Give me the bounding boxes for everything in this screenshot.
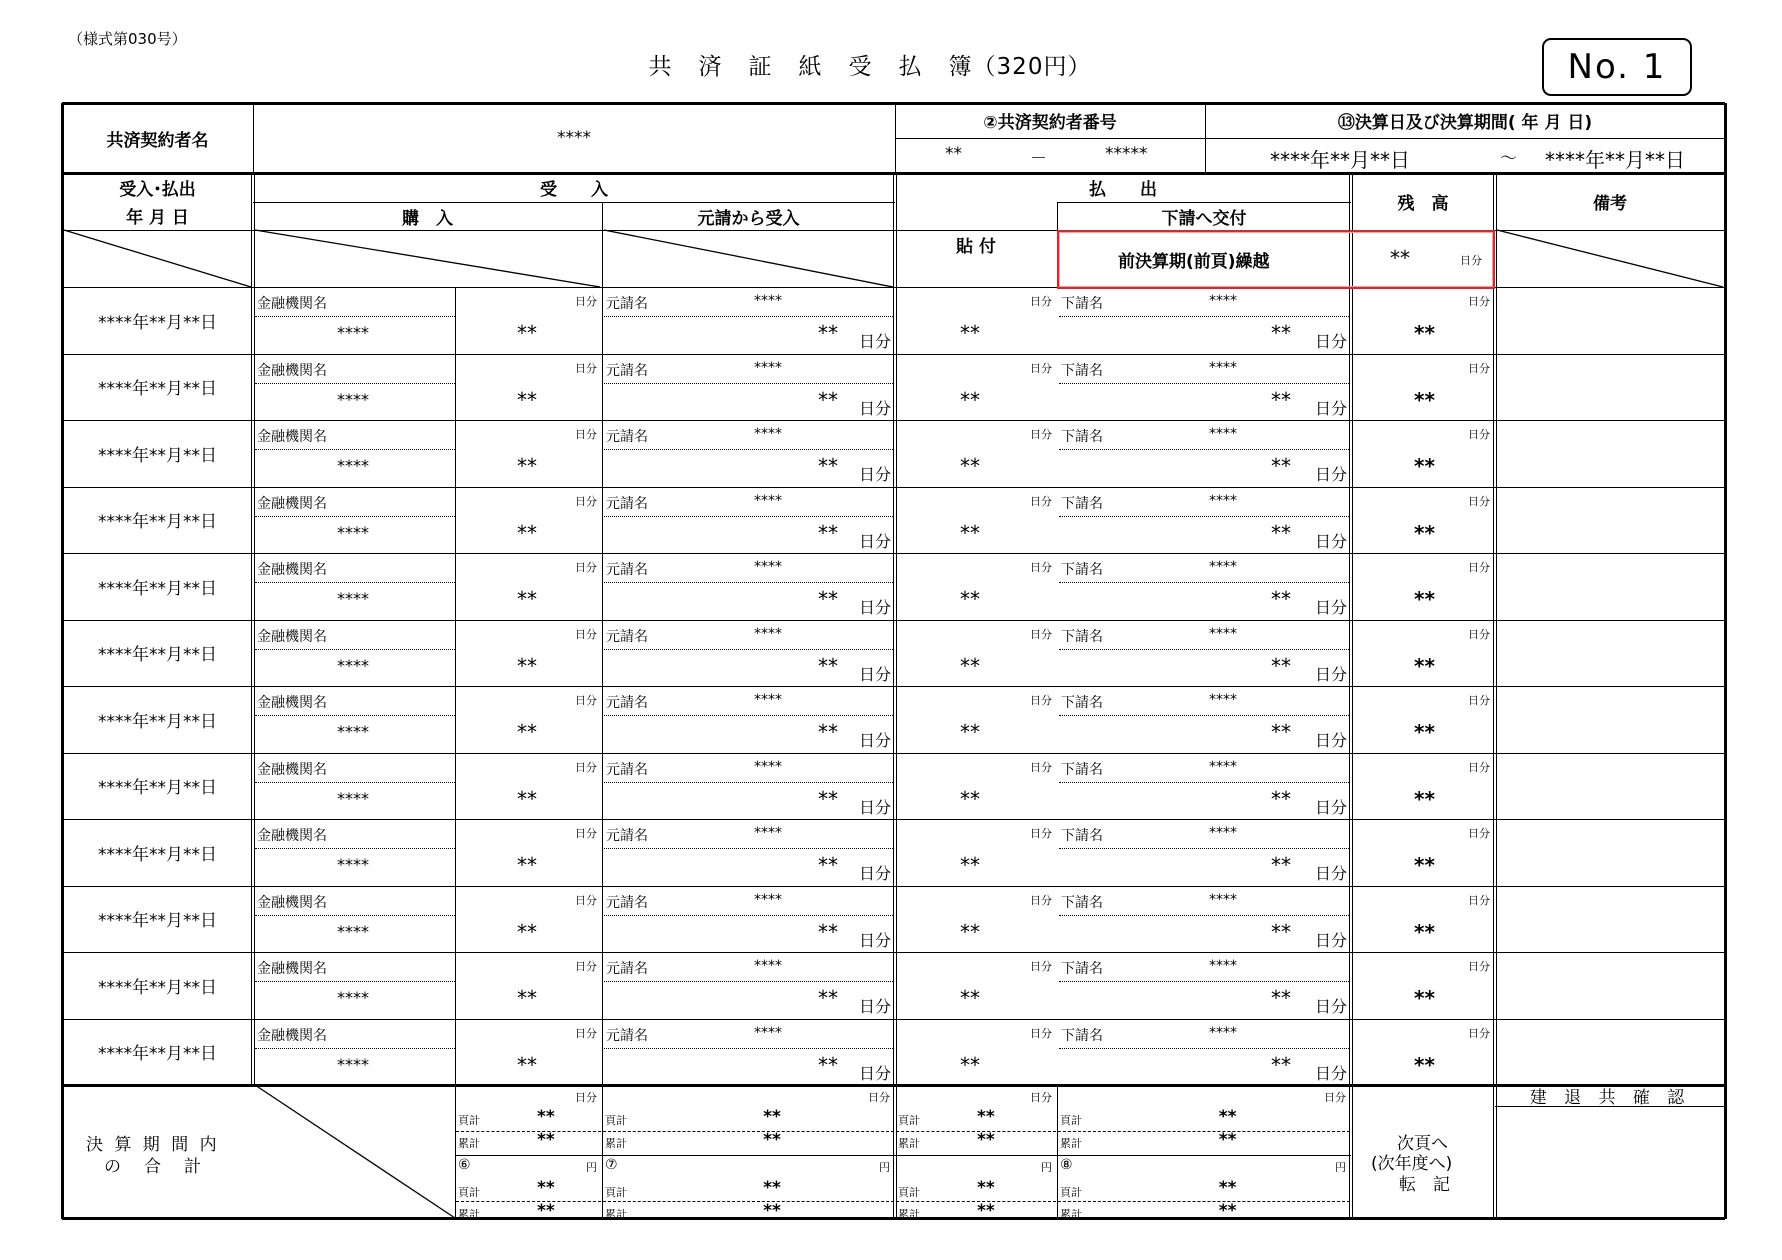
totals-days-cum: ** [763, 1130, 781, 1150]
dashed-separator [456, 1201, 601, 1202]
confirm-label: 建 退 共 確 認 [1495, 1085, 1725, 1106]
totals-yen-cum: ** [763, 1201, 781, 1221]
grid-line [455, 1155, 1351, 1156]
totals-page-label: 頁計 [898, 1112, 920, 1128]
totals-page-label: 頁計 [605, 1184, 627, 1200]
totals-days-cum: ** [537, 1130, 555, 1150]
totals-cum-label: 累計 [898, 1135, 920, 1151]
totals-yen-page: ** [537, 1178, 555, 1198]
diagonal-slash-totals [0, 0, 1782, 1260]
totals-days-unit: 日分 [575, 1089, 597, 1105]
totals-yen-unit: 円 [879, 1159, 890, 1175]
dashed-separator [603, 1131, 894, 1132]
totals-yen-cum: ** [537, 1201, 555, 1221]
totals-page-label: 頁計 [1060, 1112, 1082, 1128]
totals-circle-mark: ⑧ [1060, 1157, 1073, 1173]
totals-cum-label: 累計 [458, 1206, 480, 1222]
totals-cum-label: 累計 [605, 1135, 627, 1151]
totals-days-cum: ** [977, 1130, 995, 1150]
totals-yen-page: ** [1219, 1178, 1237, 1198]
totals-page-label: 頁計 [898, 1184, 920, 1200]
dashed-separator [1058, 1201, 1350, 1202]
totals-circle-mark: ⑥ [458, 1157, 471, 1173]
dashed-separator [896, 1201, 1056, 1202]
carry-forward-line3: 転 記 [1399, 1170, 1450, 1195]
totals-days-page: ** [763, 1107, 781, 1127]
totals-circle-mark: ⑦ [605, 1157, 618, 1173]
totals-yen-page: ** [977, 1178, 995, 1198]
totals-yen-unit: 円 [1335, 1159, 1346, 1175]
totals-cum-label: 累計 [898, 1206, 920, 1222]
totals-yen-cum: ** [1219, 1201, 1237, 1221]
totals-yen-cum: ** [977, 1201, 995, 1221]
totals-days-page: ** [1219, 1107, 1237, 1127]
totals-days-unit: 日分 [868, 1089, 890, 1105]
totals-days-cum: ** [1219, 1130, 1237, 1150]
totals-days-unit: 日分 [1030, 1089, 1052, 1105]
totals-page-label: 頁計 [605, 1112, 627, 1128]
totals-cum-label: 累計 [1060, 1206, 1082, 1222]
dashed-separator [456, 1131, 601, 1132]
grid-line [602, 1085, 603, 1218]
dashed-separator [896, 1131, 1056, 1132]
totals-cum-label: 累計 [1060, 1135, 1082, 1151]
totals-yen-unit: 円 [586, 1159, 597, 1175]
totals-page-label: 頁計 [458, 1184, 480, 1200]
totals-page-label: 頁計 [458, 1112, 480, 1128]
totals-yen-unit: 円 [1041, 1159, 1052, 1175]
totals-page-label: 頁計 [1060, 1184, 1082, 1200]
totals-days-unit: 日分 [1324, 1089, 1346, 1105]
totals-days-page: ** [537, 1107, 555, 1127]
dashed-separator [1058, 1131, 1350, 1132]
grid-line [1057, 1085, 1058, 1218]
totals-days-page: ** [977, 1107, 995, 1127]
totals-yen-page: ** [763, 1178, 781, 1198]
dashed-separator [603, 1201, 894, 1202]
totals-cum-label: 累計 [605, 1206, 627, 1222]
totals-cum-label: 累計 [458, 1135, 480, 1151]
